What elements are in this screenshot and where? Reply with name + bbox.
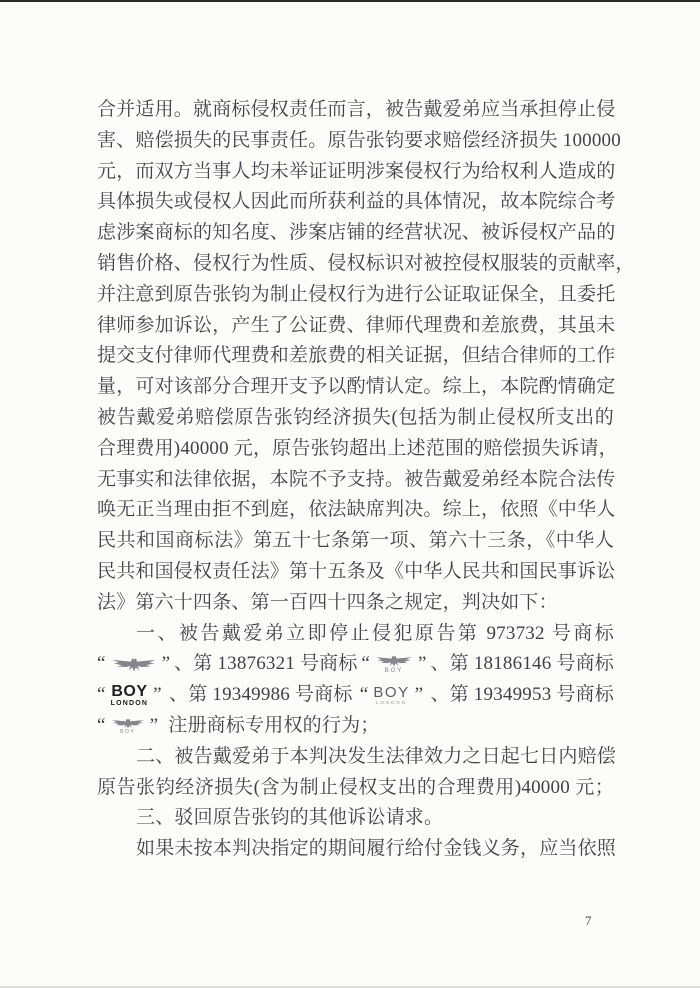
trademark-eagle-logo: “” (97, 649, 170, 680)
document-line: “”、第 13876321 号商标“BOY”、第 18186146 号商标 (97, 649, 614, 680)
logo-word-text: BOY (373, 685, 409, 700)
open-quote: “ (97, 649, 106, 680)
line-text: 、第 19349986 号商标 (169, 680, 353, 711)
document-line: 量，可对该部分合理开支予以酌情认定。综上，本院酌情确定 (97, 372, 614, 403)
document-line: 原告张钧经济损失(含为制止侵权支出的合理费用)40000 元； (97, 773, 614, 804)
boy-london-outline-mark: BOYLONDON (373, 685, 409, 706)
document-line: 虑涉案商标的知名度、涉案店铺的经营状况、被诉侵权产品的 (97, 218, 614, 249)
eagle-icon (111, 657, 157, 672)
document-line: 合理费用)40000 元，原告张钧超出上述范围的赔偿损失诉请， (97, 434, 614, 465)
line-text: 、第 19349953 号商标 (430, 680, 614, 711)
document-line: 一、被告戴爱弟立即停止侵犯原告第 973732 号商标 (97, 619, 614, 650)
line-text: 、第 13876321 号商标 (174, 649, 358, 680)
document-line: 被告戴爱弟赔偿原告张钧经济损失(包括为制止侵权所支出的 (97, 403, 614, 434)
document-line: 民共和国商标法》第五十七条第一项、第六十三条，《中华人 (97, 526, 614, 557)
document-line: 三、驳回原告张钧的其他诉讼请求。 (97, 803, 614, 834)
logo-caption-text: BOY (120, 730, 135, 735)
logo-caption-text: LONDON (376, 701, 407, 706)
close-quote: ” (415, 680, 424, 711)
text-block: 合并适用。就商标侵权责任而言，被告戴爱弟应当承担停止侵害、赔偿损失的民事责任。原… (97, 95, 614, 865)
page-top-edge (0, 0, 700, 2)
document-line: 二、被告戴爱弟于本判决发生法律效力之日起七日内赔偿 (97, 742, 614, 773)
document-line: “BOY”注册商标专用权的行为； (97, 711, 614, 742)
eagle-boy-small-mark: BOY (111, 718, 145, 735)
document-line: 害、赔偿损失的民事责任。原告张钧要求赔偿经济损失 100000 (97, 126, 614, 157)
logo-caption-text: LONDON (111, 700, 149, 707)
eagle-icon (111, 718, 145, 729)
document-line: 律师参加诉讼，产生了公证费、律师代理费和差旅费，其虽未 (97, 311, 614, 342)
line-text: 注册商标专用权的行为； (168, 711, 379, 742)
boy-london-bold-mark: BOYLONDON (111, 684, 149, 707)
close-quote: ” (162, 649, 171, 680)
logo-caption-text: BOY (385, 668, 404, 674)
document-line: 并注意到原告张钧为制止侵权行为进行公证取证保全，且委托 (97, 280, 614, 311)
close-quote: ” (150, 711, 159, 742)
document-line: 具体损失或侵权人因此而所获利益的具体情况，故本院综合考 (97, 187, 614, 218)
line-text: 、第 18186146 号商标 (430, 649, 614, 680)
eagle-boy-mark: BOY (375, 655, 413, 674)
document-line: “BOYLONDON”、第 19349986 号商标“BOYLONDON”、第 … (97, 680, 614, 711)
document-line: 合并适用。就商标侵权责任而言，被告戴爱弟应当承担停止侵 (97, 95, 614, 126)
logo-word-text: BOY (111, 684, 147, 700)
eagle-mark (111, 657, 157, 672)
trademark-boy-london-outline-logo: “BOYLONDON” (360, 680, 423, 711)
trademark-boy-london-bold-logo: “BOYLONDON” (97, 680, 162, 711)
document-line: 唤无正当理由拒不到庭，依法缺席判决。综上，依照《中华人 (97, 495, 614, 526)
document-line: 销售价格、侵权行为性质、侵权标识对被控侵权服装的贡献率， (97, 249, 614, 280)
open-quote: “ (97, 680, 106, 711)
eagle-icon (375, 655, 413, 667)
trademark-eagle-boy-logo: “BOY” (361, 649, 426, 680)
close-quote: ” (418, 649, 427, 680)
document-line: 民共和国侵权责任法》第十五条及《中华人民共和国民事诉讼 (97, 557, 614, 588)
document-line: 法》第六十四条、第一百四十四条之规定，判决如下： (97, 588, 614, 619)
document-line: 如果未按本判决指定的期间履行给付金钱义务，应当依照 (97, 834, 614, 865)
open-quote: “ (360, 680, 369, 711)
document-line: 无事实和法律依据，本院不予支持。被告戴爱弟经本院合法传 (97, 465, 614, 496)
close-quote: ” (153, 680, 162, 711)
trademark-eagle-boy-small-logo: “BOY” (97, 711, 158, 742)
court-judgment-page: 合并适用。就商标侵权责任而言，被告戴爱弟应当承担停止侵害、赔偿损失的民事责任。原… (0, 0, 700, 988)
page-number: 7 (585, 913, 592, 929)
open-quote: “ (361, 649, 370, 680)
open-quote: “ (97, 711, 106, 742)
document-line: 元，而双方当事人均未举证证明涉案侵权行为给权利人造成的 (97, 157, 614, 188)
document-line: 提交支付律师代理费和差旅费的相关证据，但结合律师的工作 (97, 341, 614, 372)
